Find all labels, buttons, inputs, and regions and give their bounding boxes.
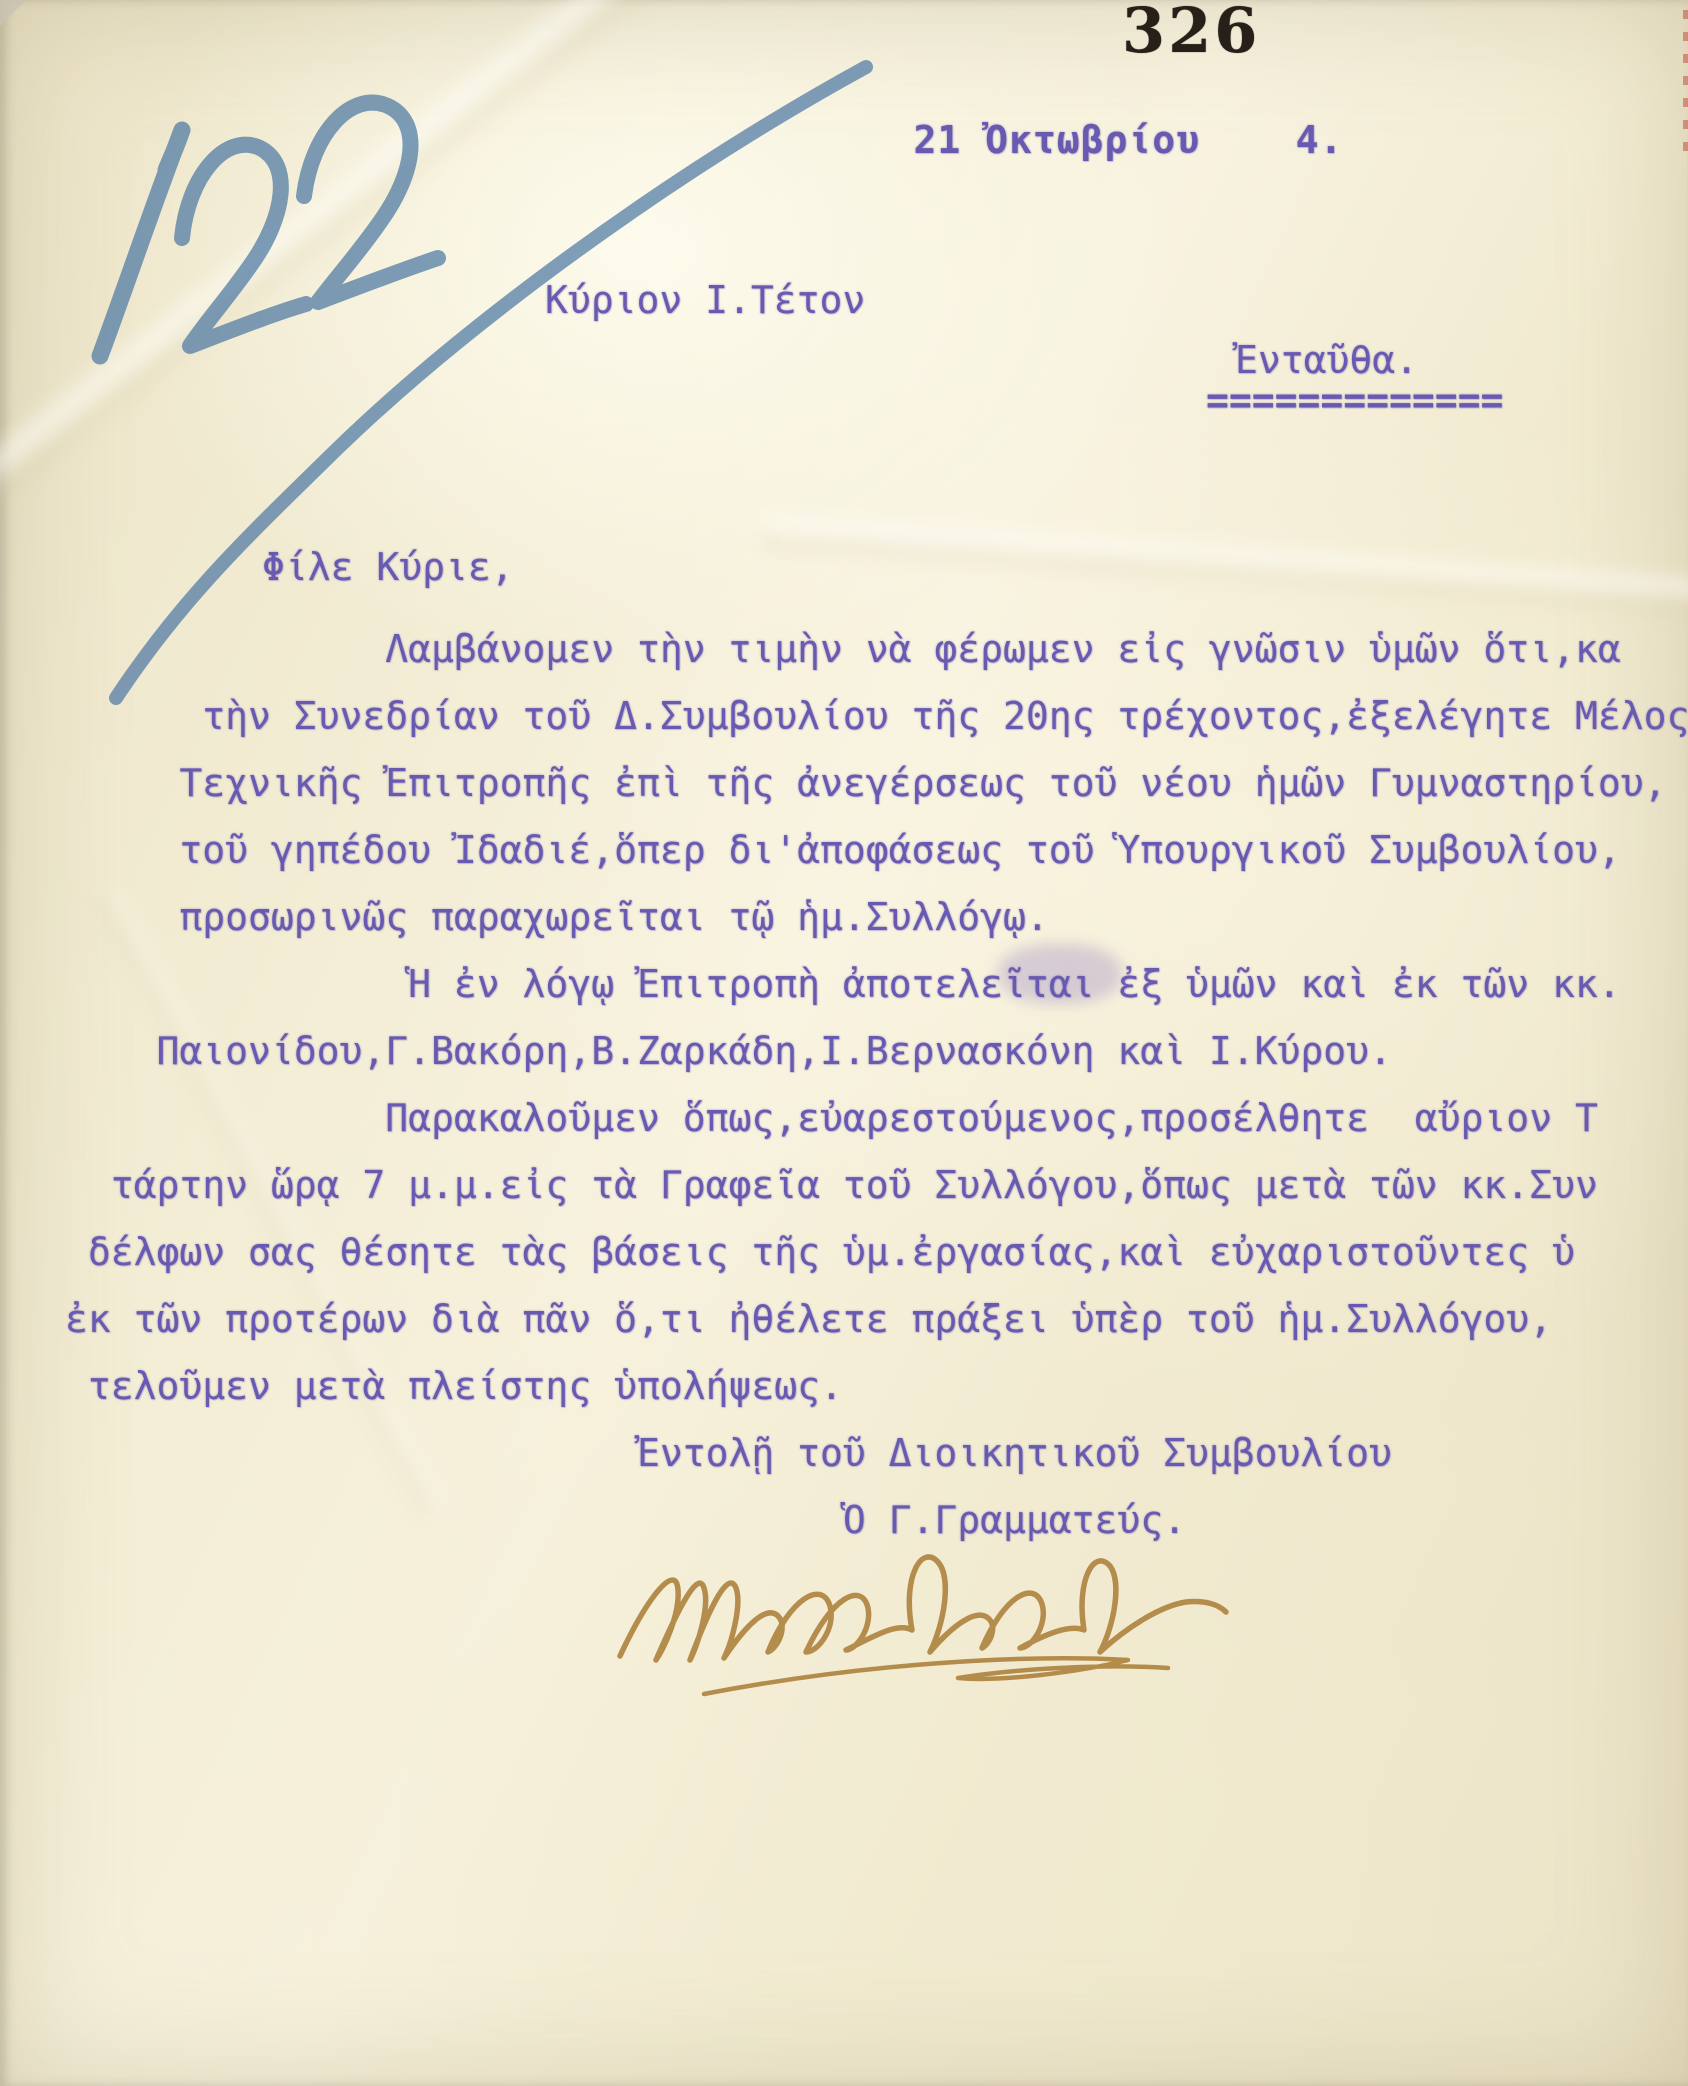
paper-crease — [759, 505, 1688, 629]
signature-ink — [620, 1557, 1226, 1694]
page-number: 326 — [1122, 0, 1260, 67]
typed-line: Ἡ ἐν λόγῳ Ἐπιτροπὴ ἀποτελεῖται ἐξ ὑμῶν κ… — [65, 951, 1688, 1018]
typed-line: Τεχνικῆς Ἐπιτροπῆς ἐπὶ τῆς ἀνεγέρσεως το… — [65, 750, 1688, 817]
date-year: 4. — [1296, 118, 1344, 162]
recipient-line: Κύριον Ι.Τέτον — [545, 278, 865, 322]
typed-line: τὴν Συνεδρίαν τοῦ Δ.Συμβουλίου τῆς 20ης … — [65, 683, 1688, 750]
typed-line: προσωρινῶς παραχωρεῖται τῷ ἡμ.Συλλόγῳ. — [65, 884, 1688, 951]
letter-page: 326 21 Ὀκτωβρίου 4. Κύριον Ι.Τέτον Ἐνταῦ… — [0, 0, 1688, 2086]
date-line: 21 Ὀκτωβρίου 4. — [818, 74, 1343, 206]
typed-line: Παιονίδου,Γ.Βακόρη,Β.Ζαρκάδη,Ι.Βερνασκόν… — [65, 1018, 1688, 1085]
pencil-sweep-stroke — [116, 67, 866, 698]
typed-line: Παρακαλοῦμεν ὅπως,εὐαρεστούμενος,προσέλθ… — [65, 1085, 1688, 1152]
typed-line: δέλφων σας θέσητε τὰς βάσεις τῆς ὑμ.ἐργα… — [65, 1219, 1688, 1286]
paper-crease — [0, 0, 865, 521]
place-line: Ἐνταῦθα. — [1235, 338, 1418, 382]
date-day-month: 21 Ὀκτωβρίου — [914, 118, 1201, 162]
date-gap — [1200, 118, 1296, 162]
signature-main-stroke — [620, 1557, 1226, 1660]
typed-line: Ἐντολῇ τοῦ Διοικητικοῦ Συμβουλίου — [65, 1420, 1392, 1487]
typed-line: τελοῦμεν μετὰ πλείστης ὑπολήψεως. — [65, 1353, 1688, 1420]
pencil-digit-2b — [304, 103, 438, 302]
letter-closing: Ἐντολῇ τοῦ Διοικητικοῦ Συμβουλίου Ὁ Γ.Γρ… — [65, 1420, 1392, 1554]
typed-line: ἐκ τῶν προτέρων διὰ πᾶν ὅ,τι ἠθέλετε πρά… — [65, 1286, 1688, 1353]
paper-corner-tear — [0, 0, 26, 26]
pencil-digit-2a — [182, 145, 306, 346]
salutation-line: Φίλε Κύριε, — [262, 545, 514, 589]
typed-line: τάρτην ὥρᾳ 7 μ.μ.εἰς τὰ Γραφεῖα τοῦ Συλλ… — [65, 1152, 1688, 1219]
typed-line: τοῦ γηπέδου Ἰδαδιέ,ὅπερ δι'ἀποφάσεως τοῦ… — [65, 817, 1688, 884]
typed-line: Ὁ Γ.Γραμματεύς. — [65, 1487, 1392, 1554]
page-edge-marks — [1683, 10, 1688, 160]
place-underline: ============= — [1206, 378, 1503, 422]
pencil-digit-1 — [100, 130, 182, 356]
typed-line: Λαμβάνομεν τὴν τιμὴν νὰ φέρωμεν εἰς γνῶσ… — [65, 616, 1688, 683]
registry-annotation-strokes — [100, 67, 866, 698]
signature-flourish — [704, 1658, 1168, 1694]
letter-body: Λαμβάνομεν τὴν τιμὴν νὰ φέρωμεν εἰς γνῶσ… — [65, 616, 1688, 1420]
